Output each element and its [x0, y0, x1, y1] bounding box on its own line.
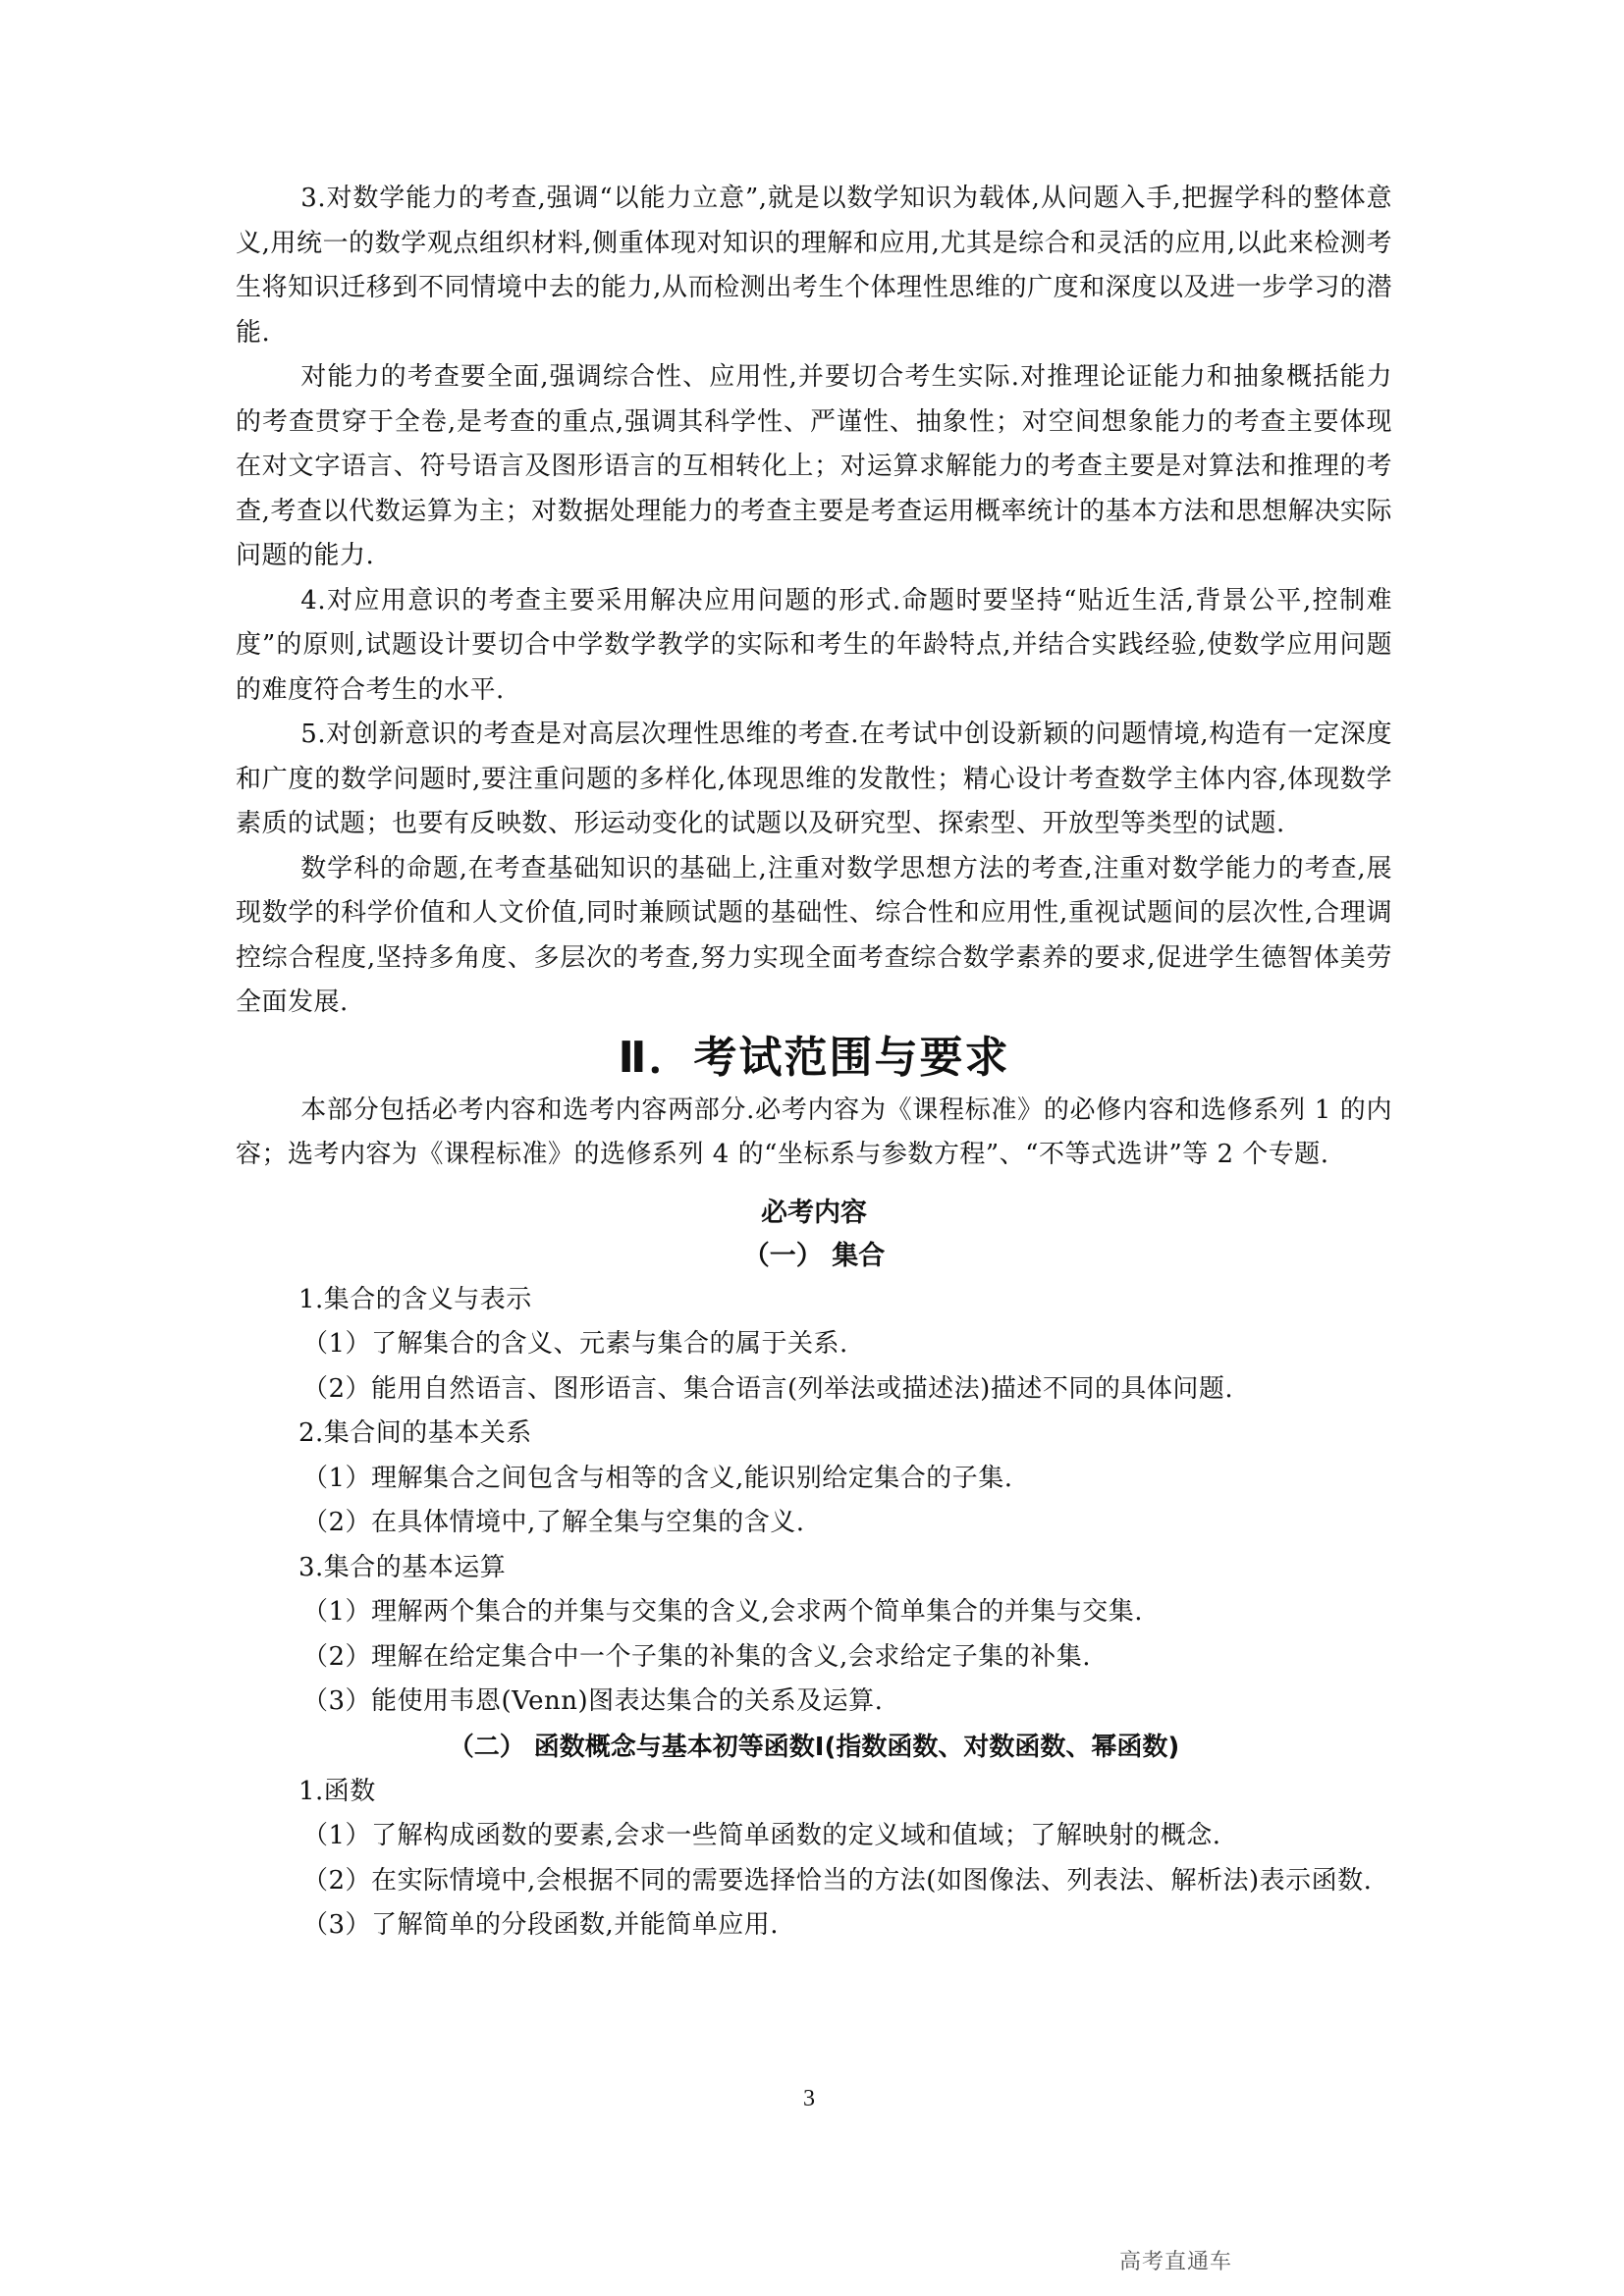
list-item: （1）理解两个集合的并集与交集的含义,会求两个简单集合的并集与交集. — [236, 1590, 1392, 1635]
list-item: （3）能使用韦恩(Venn)图表达集合的关系及运算. — [236, 1680, 1392, 1725]
list-item: （3）了解简单的分段函数,并能简单应用. — [236, 1903, 1392, 1949]
paragraph-proposition-summary: 数学科的命题,在考查基础知识的基础上,注重对数学思想方法的考查,注重对数学能力的… — [236, 847, 1392, 1026]
topic-title: 3.集合的基本运算 — [236, 1546, 1392, 1591]
watermark-text: 高考直通车 — [1119, 2245, 1232, 2275]
part1-heading: （一） 集合 — [236, 1235, 1392, 1278]
list-item: （2）在实际情境中,会根据不同的需要选择恰当的方法(如图像法、列表法、解析法)表… — [236, 1859, 1392, 1904]
paragraph-application-awareness: 4.对应用意识的考查主要采用解决应用问题的形式.命题时要坚持“贴近生活,背景公平… — [236, 579, 1392, 714]
paragraph-math-ability: 3.对数学能力的考查,强调“以能力立意”,就是以数学知识为载体,从问题入手,把握… — [236, 177, 1392, 355]
document-page: 3.对数学能力的考查,强调“以能力立意”,就是以数学知识为载体,从问题入手,把握… — [236, 177, 1392, 1949]
required-content-heading: 必考内容 — [236, 1192, 1392, 1235]
part2-heading: （二） 函数概念与基本初等函数Ⅰ(指数函数、对数函数、幂函数) — [236, 1725, 1392, 1770]
paragraph-innovation-awareness: 5.对创新意识的考查是对高层次理性思维的考查.在考试中创设新颖的问题情境,构造有… — [236, 713, 1392, 847]
topic-title: 1.集合的含义与表示 — [236, 1278, 1392, 1323]
list-item: （1）了解构成函数的要素,会求一些简单函数的定义域和值域；了解映射的概念. — [236, 1814, 1392, 1859]
list-item: （2）能用自然语言、图形语言、集合语言(列举法或描述法)描述不同的具体问题. — [236, 1367, 1392, 1413]
list-item: （1）了解集合的含义、元素与集合的属于关系. — [236, 1322, 1392, 1367]
list-item: （2）在具体情境中,了解全集与空集的含义. — [236, 1501, 1392, 1546]
list-item: （2）理解在给定集合中一个子集的补集的含义,会求给定子集的补集. — [236, 1635, 1392, 1681]
page-number: 3 — [803, 2086, 815, 2112]
topic-title: 1.函数 — [236, 1770, 1392, 1815]
section-title: Ⅱ．考试范围与要求 — [236, 1028, 1392, 1089]
list-item: （1）理解集合之间包含与相等的含义,能识别给定集合的子集. — [236, 1457, 1392, 1502]
topic-title: 2.集合间的基本关系 — [236, 1412, 1392, 1457]
paragraph-ability-assessment: 对能力的考查要全面,强调综合性、应用性,并要切合考生实际.对推理论证能力和抽象概… — [236, 355, 1392, 579]
section-intro: 本部分包括必考内容和选考内容两部分.必考内容为《课程标准》的必修内容和选修系列 … — [236, 1089, 1392, 1178]
